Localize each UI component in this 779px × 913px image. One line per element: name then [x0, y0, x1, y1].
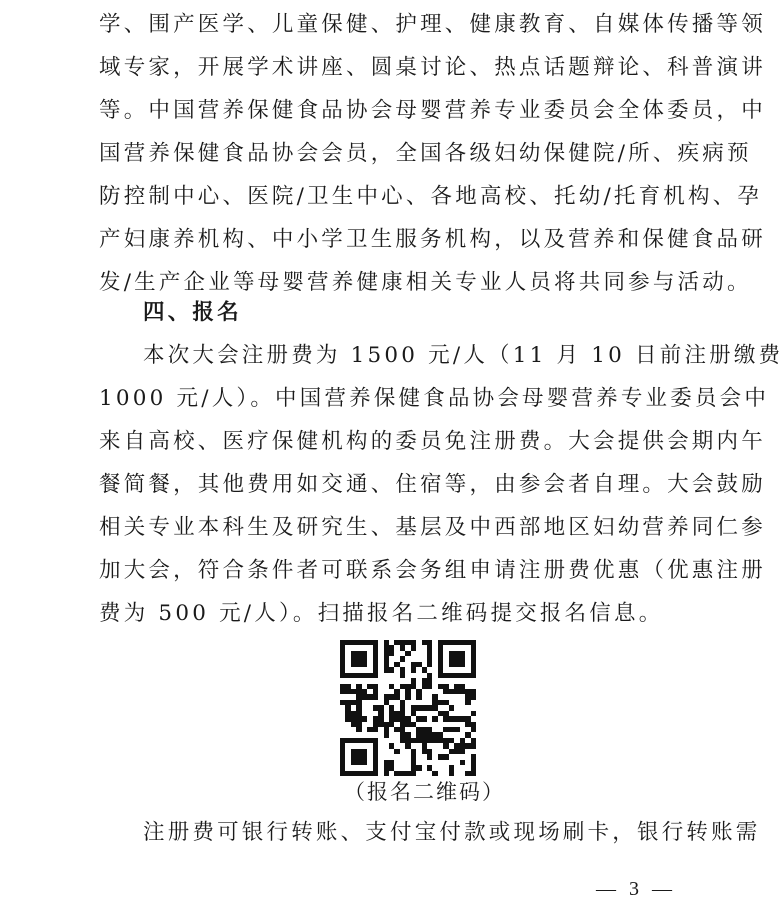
text-line: 等。中国营养保健食品协会母婴营养专业委员会全体委员，中 [99, 96, 766, 126]
section-heading: 四、报名 [143, 298, 242, 328]
text-line: 学、围产医学、儿童保健、护理、健康教育、自媒体传播等领 [99, 10, 766, 40]
text-line: 本次大会注册费为 1500 元/人（11 月 10 日前注册缴费为 [143, 341, 779, 371]
text-line: 来自高校、医疗保健机构的委员免注册费。大会提供会期内午 [99, 427, 766, 457]
text-line: 产妇康养机构、中小学卫生服务机构，以及营养和保健食品研 [99, 225, 766, 255]
page-number: — 3 — [596, 878, 676, 901]
qr-code-icon[interactable] [340, 640, 476, 776]
text-line: 1000 元/人）。中国营养保健食品协会母婴营养专业委员会中 [99, 384, 769, 414]
text-line: 费为 500 元/人）。扫描报名二维码提交报名信息。 [99, 599, 663, 629]
text-line: 发/生产企业等母婴营养健康相关专业人员将共同参与活动。 [99, 268, 752, 298]
text-line: 防控制中心、医院/卫生中心、各地高校、托幼/托育机构、孕 [99, 182, 762, 212]
text-line: 相关专业本科生及研究生、基层及中西部地区妇幼营养同仁参 [99, 513, 766, 543]
text-line: 餐简餐，其他费用如交通、住宿等，由参会者自理。大会鼓励 [99, 470, 766, 500]
qr-caption: （报名二维码） [344, 776, 505, 806]
text-line: 国营养保健食品协会会员，全国各级妇幼保健院/所、疾病预 [99, 139, 752, 169]
text-line: 加大会，符合条件者可联系会务组申请注册费优惠（优惠注册 [99, 556, 766, 586]
text-line: 注册费可银行转账、支付宝付款或现场刷卡，银行转账需 [143, 818, 761, 848]
text-line: 域专家，开展学术讲座、圆桌讨论、热点话题辩论、科普演讲 [99, 53, 766, 83]
